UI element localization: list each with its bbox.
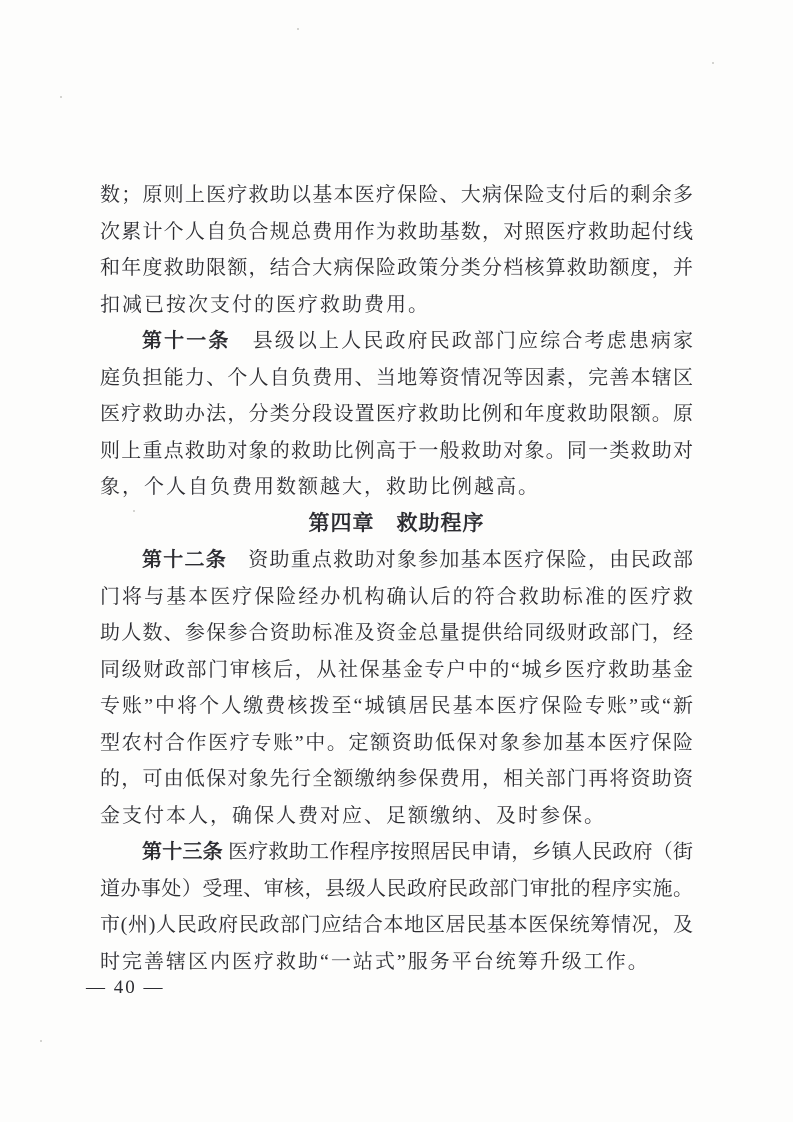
text-line: 同级财政部门审核后，从社保基金专户中的“城乡医疗救助基金 <box>100 652 693 689</box>
text-line: 专账”中将个人缴费核拨至“城镇居民基本医疗保险专账”或“新 <box>100 688 693 725</box>
scan-speck <box>712 62 714 64</box>
text-line: 次累计个人自负合规总费用作为救助基数，对照医疗救助起付线 <box>100 214 693 251</box>
text-line: 象，个人自负费用数额越大，救助比例越高。 <box>100 469 693 506</box>
article-number-label: 第十二条 <box>142 549 227 571</box>
text-line: 庭负担能力、个人自负费用、当地筹资情况等因素，完善本辖区 <box>100 360 693 397</box>
text-line: 和年度救助限额，结合大病保险政策分类分档核算救助额度，并 <box>100 250 693 287</box>
text-line: 扣减已按次支付的医疗救助费用。 <box>100 287 693 324</box>
scan-speck <box>133 510 135 512</box>
text-line: 道办事处）受理、审核，县级人民政府民政部门审批的程序实施。 <box>100 871 693 908</box>
scan-speck <box>40 1040 42 1042</box>
scan-speck <box>297 28 299 30</box>
text-line: 市(州)人民政府民政部门应结合本地区居民基本医保统筹情况，及 <box>100 907 693 944</box>
text-line: 的，可由低保对象先行全额缴纳参保费用，相关部门再将资助资 <box>100 761 693 798</box>
document-body: 数；原则上医疗救助以基本医疗保险、大病保险支付后的剩余多次累计个人自负合规总费用… <box>100 177 693 980</box>
document-page: 数；原则上医疗救助以基本医疗保险、大病保险支付后的剩余多次累计个人自负合规总费用… <box>0 0 793 1122</box>
text-line: 则上重点救助对象的救助比例高于一般救助对象。同一类救助对 <box>100 433 693 470</box>
chapter-heading: 第四章 救助程序 <box>100 506 693 543</box>
article-number-label: 第十一条 <box>142 330 231 352</box>
text-line: 第十三条 医疗救助工作程序按照居民申请，乡镇人民政府（街 <box>100 834 693 871</box>
text-line: 第十二条 资助重点救助对象参加基本医疗保险，由民政部 <box>100 542 693 579</box>
text-line: 型农村合作医疗专账”中。定额资助低保对象参加基本医疗保险 <box>100 725 693 762</box>
text-line: 助人数、参保参合资助标准及资金总量提供给同级财政部门，经 <box>100 615 693 652</box>
page-number: — 40 — <box>86 974 165 1002</box>
scan-speck <box>60 96 62 98</box>
text-line: 数；原则上医疗救助以基本医疗保险、大病保险支付后的剩余多 <box>100 177 693 214</box>
text-line: 时完善辖区内医疗救助“一站式”服务平台统筹升级工作。 <box>100 944 693 981</box>
text-line: 金支付本人，确保人费对应、足额缴纳、及时参保。 <box>100 798 693 835</box>
text-line: 门将与基本医疗保险经办机构确认后的符合救助标准的医疗救 <box>100 579 693 616</box>
text-line: 医疗救助办法，分类分段设置医疗救助比例和年度救助限额。原 <box>100 396 693 433</box>
text-line: 第十一条 县级以上人民政府民政部门应综合考虑患病家 <box>100 323 693 360</box>
article-number-label: 第十三条 <box>142 841 223 863</box>
